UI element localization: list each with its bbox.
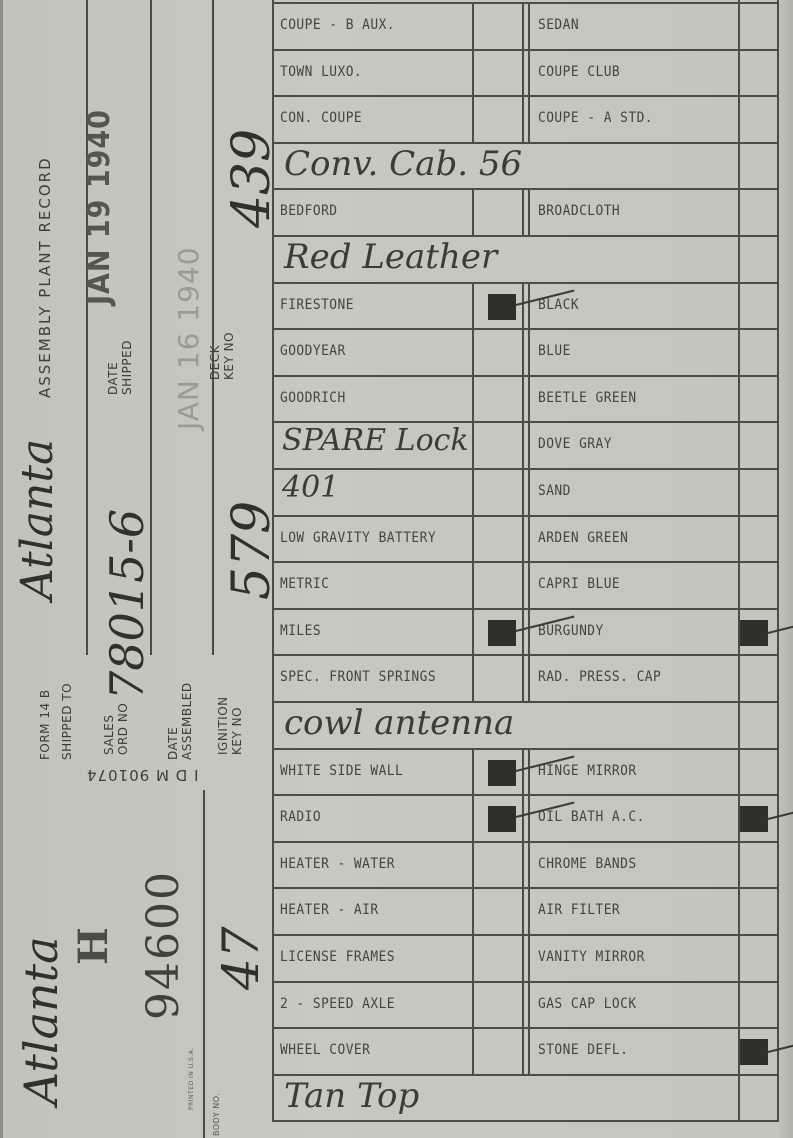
column-rule [522,841,524,888]
column-rule [522,934,524,981]
option-checkbox-right[interactable] [740,377,777,422]
option-label: VANITY MIRROR [538,949,645,965]
check-mark [488,760,516,786]
option-label: BURGUNDY [538,623,604,639]
body-no-value: 47 [212,926,270,990]
column-rule [522,2,524,49]
option-label: GOODRICH [280,390,346,406]
row-rule [272,608,779,610]
check-mark [488,294,516,320]
option-label: MILES [280,623,321,639]
row-rule [272,654,779,656]
option-checkbox-right[interactable] [740,190,777,235]
option-label: GAS CAP LOCK [538,996,637,1012]
column-rule [528,375,530,422]
option-label: BEETLE GREEN [538,390,637,406]
date-assembled-stamp: JAN 16 1940 [172,246,205,430]
shipped-to-value: Atlanta [12,439,63,600]
card-right-edge [779,0,793,1138]
handwritten-entry: 401 [282,470,339,505]
option-checkbox-left[interactable] [474,51,522,96]
column-rule [528,748,530,795]
form-title: ASSEMBLY PLANT RECORD [36,156,54,398]
row-rule [272,561,779,563]
table-bottom-rule [272,1120,779,1122]
option-label: COUPE CLUB [538,64,620,80]
row-rule [272,748,779,750]
option-label: SPEC. FRONT SPRINGS [280,669,436,685]
row-rule [272,1027,779,1029]
row-rule [272,887,779,889]
row-rule [272,515,779,517]
column-rule [522,794,524,841]
column-rule [522,887,524,934]
option-checkbox-left[interactable] [474,330,522,375]
handwritten-entry: SPARE Lock [282,423,469,458]
column-rule [528,654,530,701]
column-rule [522,421,524,468]
column-rule [528,95,530,142]
column-rule [522,561,524,608]
option-label: LOW GRAVITY BATTERY [280,530,436,546]
option-checkbox-left[interactable] [474,936,522,981]
rule-body-no [203,790,205,1138]
column-rule [528,608,530,655]
option-label: BLUE [538,343,571,359]
option-label: CAPRI BLUE [538,576,620,592]
table-right-rule [777,0,779,1120]
row-rule [272,981,779,983]
column-rule [522,608,524,655]
option-label: DOVE GRAY [538,436,612,452]
handwritten-entry: Red Leather [284,237,497,277]
row-rule [272,2,779,4]
option-checkbox-left[interactable] [474,983,522,1028]
option-label: GOODYEAR [280,343,346,359]
column-rule [522,748,524,795]
column-rule [528,328,530,375]
card-left-edge [0,0,3,1138]
row-rule [272,282,779,284]
option-label: ARDEN GREEN [538,530,628,546]
option-label: AIR FILTER [538,902,620,918]
plant-handwritten: Atlanta [14,936,68,1105]
column-rule [528,841,530,888]
option-checkbox-left[interactable] [474,97,522,142]
column-rule [528,561,530,608]
option-label: RADIO [280,809,321,825]
handwritten-entry: cowl antenna [284,703,514,743]
option-checkbox-left[interactable] [474,4,522,49]
date-assembled-label: DATE ASSEMBLED [166,690,194,760]
option-checkbox-right[interactable] [740,4,777,49]
row-rule [272,794,779,796]
option-checkbox-right[interactable] [740,97,777,142]
option-label: CHROME BANDS [538,856,637,872]
column-rule [528,1027,530,1074]
column-rule [528,794,530,841]
column-rule [528,282,530,329]
check-mark [488,806,516,832]
form-number: FORM 14 B [38,689,52,760]
option-label: CON. COUPE [280,110,362,126]
option-label: STONE DEFL. [538,1042,628,1058]
option-checkbox-left[interactable] [474,1029,522,1074]
column-rule [522,282,524,329]
option-checkbox-right[interactable] [740,936,777,981]
column-rule [528,188,530,235]
row-rule [272,49,779,51]
plant-letter: H [70,927,117,965]
option-checkbox-left[interactable] [474,470,522,515]
column-rule [528,981,530,1028]
option-label: SEDAN [538,17,579,33]
column-rule [528,515,530,562]
option-label: RAD. PRESS. CAP [538,669,661,685]
deck-key-label: DECK KEY NO [208,320,236,380]
option-checkbox-right[interactable] [740,843,777,888]
option-label: COUPE - A STD. [538,110,653,126]
option-checkbox-right[interactable] [740,563,777,608]
option-label: WHITE SIDE WALL [280,763,403,779]
option-checkbox-left[interactable] [474,889,522,934]
column-rule [522,654,524,701]
option-label: BROADCLOTH [538,203,620,219]
sales-ord-label: SALES ORD NO [102,695,130,755]
column-rule [522,375,524,422]
row-rule [272,468,779,470]
row-rule [272,188,779,190]
option-checkbox-right[interactable] [740,51,777,96]
assembly-plant-record-card: ASSEMBLY PLANT RECORD FORM 14 B SHIPPED … [0,0,793,1138]
option-label: COUPE - B AUX. [280,17,395,33]
column-rule [528,2,530,49]
print-code: I D M 901074 [86,768,198,782]
option-checkbox-right[interactable] [740,750,777,795]
date-shipped-label: DATE SHIPPED [106,325,134,395]
ignition-key-label: IGNITION KEY NO [216,685,244,755]
row-rule [272,375,779,377]
handwritten-entry: Conv. Cab. 56 [284,144,522,184]
option-label: LICENSE FRAMES [280,949,395,965]
column-rule [522,1027,524,1074]
option-checkbox-right[interactable] [740,983,777,1028]
shipped-to-label: SHIPPED TO [60,683,74,760]
option-label: 2 - SPEED AXLE [280,996,395,1012]
option-checkbox-right[interactable] [740,470,777,515]
option-label: HINGE MIRROR [538,763,637,779]
column-rule [528,421,530,468]
column-rule [522,981,524,1028]
option-label: BEDFORD [280,203,338,219]
table-left-rule [272,0,274,1120]
handwritten-entry: Tan Top [284,1076,419,1116]
column-rule [522,468,524,515]
option-label: OIL BATH A.C. [538,809,645,825]
option-checkbox-right[interactable] [740,656,777,701]
serial-number: 94600 [138,870,189,1020]
option-label: WHEEL COVER [280,1042,370,1058]
column-rule [522,95,524,142]
check-mark [740,806,768,832]
check-mark [740,1039,768,1065]
check-mark [740,620,768,646]
option-checkbox-left[interactable] [474,843,522,888]
column-rule [528,468,530,515]
option-label: HEATER - WATER [280,856,395,872]
column-rule [528,887,530,934]
option-checkbox-right[interactable] [740,517,777,562]
body-no-label: BODY NO. [212,1093,221,1136]
row-rule [272,328,779,330]
fine-print: PRINTED IN U.S.A. [188,1047,195,1110]
column-rule [522,515,524,562]
row-rule [272,95,779,97]
option-checkbox-left[interactable] [474,190,522,235]
row-rule [272,934,779,936]
column-rule [528,934,530,981]
option-label: TOWN LUXO. [280,64,362,80]
rule-shipped-to [86,0,88,655]
option-label: FIRESTONE [280,297,354,313]
column-rule [522,49,524,96]
row-rule [272,841,779,843]
option-checkbox-left[interactable] [474,563,522,608]
option-label: HEATER - AIR [280,902,379,918]
sales-ord-value: 78015-6 [100,509,154,700]
option-checkbox-left[interactable] [474,517,522,562]
option-checkbox-left[interactable] [474,377,522,422]
option-label: METRIC [280,576,329,592]
check-mark [488,620,516,646]
column-rule [528,49,530,96]
option-checkbox-right[interactable] [740,423,777,468]
option-checkbox-right[interactable] [740,330,777,375]
option-label: SAND [538,483,571,499]
option-checkbox-right[interactable] [740,284,777,329]
column-rule [522,188,524,235]
option-checkbox-right[interactable] [740,889,777,934]
option-checkbox-left[interactable] [474,423,522,468]
column-rule [522,328,524,375]
date-shipped-value: JAN 19 1940 [82,109,117,305]
option-checkbox-left[interactable] [474,656,522,701]
